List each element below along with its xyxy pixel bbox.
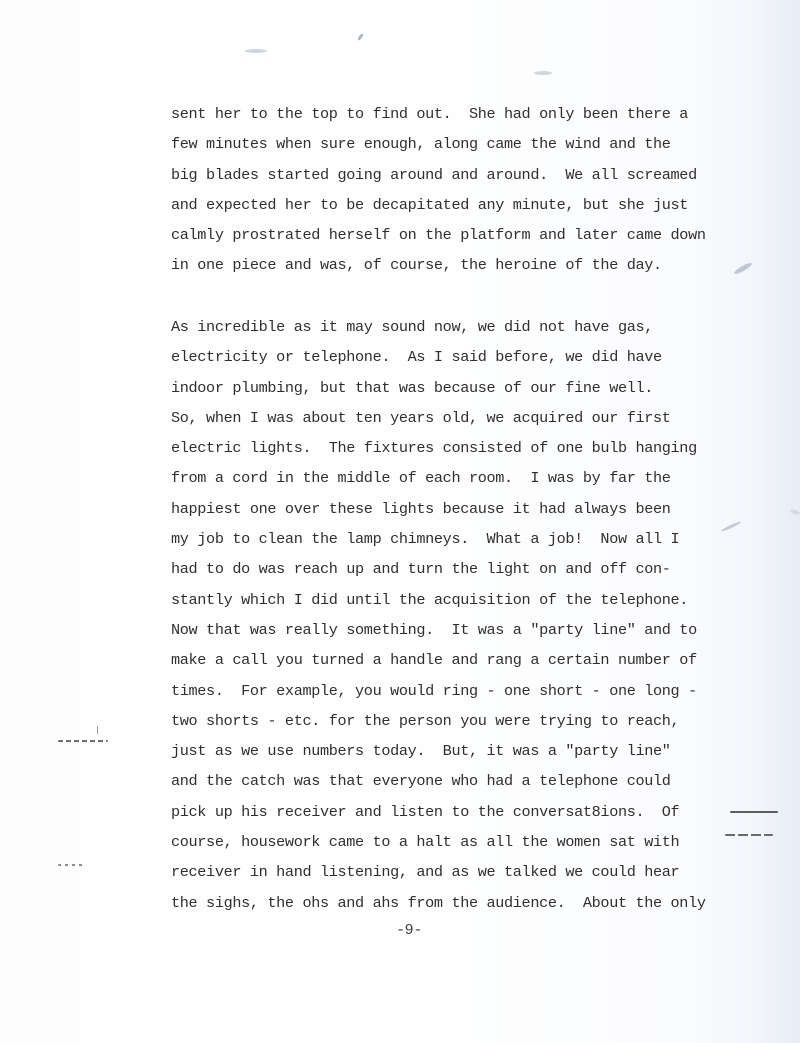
text-line: and the catch was that everyone who had … [171,766,771,796]
page-number: -9- [0,922,800,939]
text-line: the sighs, the ohs and ahs from the audi… [171,888,771,918]
text-line: electricity or telephone. As I said befo… [171,342,771,372]
text-line: two shorts - etc. for the person you wer… [171,706,771,736]
document-page: sent her to the top to find out. She had… [0,0,800,1043]
scan-smudge [245,49,267,53]
text-line: times. For example, you would ring - one… [171,676,771,706]
text-line: make a call you turned a handle and rang… [171,645,771,675]
margin-mark [97,726,98,734]
text-line: had to do was reach up and turn the ligh… [171,554,771,584]
scan-smudge [357,33,364,41]
text-line: in one piece and was, of course, the her… [171,250,771,280]
text-line: happiest one over these lights because i… [171,494,771,524]
text-line: indoor plumbing, but that was because of… [171,373,771,403]
margin-mark [58,740,108,742]
text-line: Now that was really something. It was a … [171,615,771,645]
text-line: and expected her to be decapitated any m… [171,190,771,220]
text-line: sent her to the top to find out. She had… [171,99,771,129]
text-line: calmly prostrated herself on the platfor… [171,220,771,250]
paragraph: sent her to the top to find out. She had… [171,99,771,281]
text-line: just as we use numbers today. But, it wa… [171,736,771,766]
text-line: course, housework came to a halt as all … [171,827,771,857]
text-line: from a cord in the middle of each room. … [171,463,771,493]
scan-smudge [534,71,552,75]
text-line: pick up his receiver and listen to the c… [171,797,771,827]
text-line: receiver in hand listening, and as we ta… [171,857,771,887]
margin-mark [58,864,86,866]
text-line: electric lights. The fixtures consisted … [171,433,771,463]
text-line: big blades started going around and arou… [171,160,771,190]
text-line: my job to clean the lamp chimneys. What … [171,524,771,554]
paragraph: As incredible as it may sound now, we di… [171,312,771,918]
text-line: As incredible as it may sound now, we di… [171,312,771,342]
text-line: stantly which I did until the acquisitio… [171,585,771,615]
text-line: few minutes when sure enough, along came… [171,129,771,159]
text-line: So, when I was about ten years old, we a… [171,403,771,433]
